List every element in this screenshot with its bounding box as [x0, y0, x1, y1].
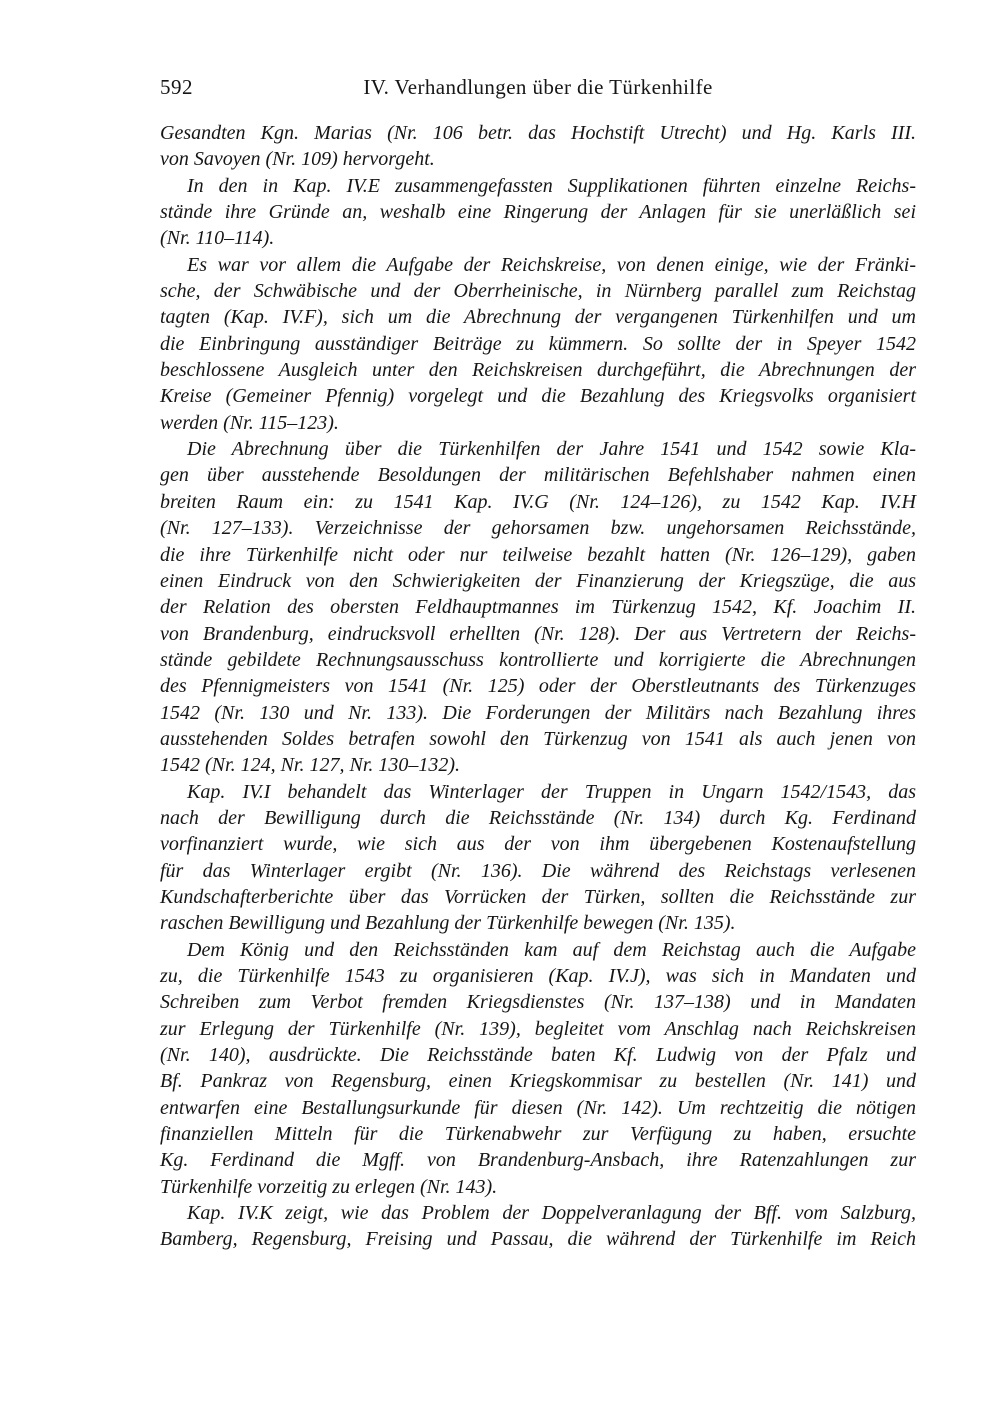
text-line: für das Winterlager ergibt (Nr. 136). Di… — [160, 858, 916, 884]
text-line: Kap. IV.I behandelt das Winterlager der … — [160, 779, 916, 805]
text-line: sche, der Schwäbische und der Oberrheini… — [160, 278, 916, 304]
text-line: des Pfennigmeisters von 1541 (Nr. 125) o… — [160, 673, 916, 699]
text-line: 1542 (Nr. 130 und Nr. 133). Die Forderun… — [160, 700, 916, 726]
text-line: Es war vor allem die Aufgabe der Reichsk… — [160, 252, 916, 278]
text-line: von Savoyen (Nr. 109) hervorgeht. — [160, 146, 916, 172]
text-line: Kg. Ferdinand die Mgff. von Brandenburg-… — [160, 1147, 916, 1173]
text-line: breiten Raum ein: zu 1541 Kap. IV.G (Nr.… — [160, 489, 916, 515]
page-header: 592 IV. Verhandlungen über die Türkenhil… — [160, 74, 916, 102]
text-line: zu, die Türkenhilfe 1543 zu organisieren… — [160, 963, 916, 989]
text-line: Kundschafterberichte über das Vorrücken … — [160, 884, 916, 910]
text-line: nach der Bewilligung durch die Reichsstä… — [160, 805, 916, 831]
book-page: 592 IV. Verhandlungen über die Türkenhil… — [0, 0, 1004, 1418]
text-line: ausstehenden Soldes betrafen sowohl den … — [160, 726, 916, 752]
text-line: finanziellen Mitteln für die Türkenabweh… — [160, 1121, 916, 1147]
text-line: gen über ausstehende Besoldungen der mil… — [160, 462, 916, 488]
text-line: raschen Bewilligung und Bezahlung der Tü… — [160, 910, 916, 936]
text-line: Bamberg, Regensburg, Freising und Passau… — [160, 1226, 916, 1252]
page-number: 592 — [160, 74, 193, 101]
text-line: die ihre Türkenhilfe nicht oder nur teil… — [160, 542, 916, 568]
text-line: stände ihre Gründe an, weshalb eine Ring… — [160, 199, 916, 225]
running-header: IV. Verhandlungen über die Türkenhilfe — [160, 74, 916, 101]
text-line: Kap. IV.K zeigt, wie das Problem der Dop… — [160, 1200, 916, 1226]
text-line: werden (Nr. 115–123). — [160, 410, 916, 436]
text-line: zur Erlegung der Türkenhilfe (Nr. 139), … — [160, 1016, 916, 1042]
text-line: tagten (Kap. IV.F), sich um die Abrechnu… — [160, 304, 916, 330]
text-line: (Nr. 110–114). — [160, 225, 916, 251]
text-line: einen Eindruck von den Schwierigkeiten d… — [160, 568, 916, 594]
text-line: Die Abrechnung über die Türkenhilfen der… — [160, 436, 916, 462]
text-line: (Nr. 140), ausdrückte. Die Reichsstände … — [160, 1042, 916, 1068]
text-line: die Einbringung ausständiger Beiträge zu… — [160, 331, 916, 357]
text-line: 1542 (Nr. 124, Nr. 127, Nr. 130–132). — [160, 752, 916, 778]
text-line: Kreise (Gemeiner Pfennig) vorgelegt und … — [160, 383, 916, 409]
page-body-text: Gesandten Kgn. Marias (Nr. 106 betr. das… — [160, 120, 916, 1253]
text-line: der Relation des obersten Feldhauptmanne… — [160, 594, 916, 620]
text-line: Bf. Pankraz von Regensburg, einen Kriegs… — [160, 1068, 916, 1094]
text-line: beschlossene Ausgleich unter den Reichsk… — [160, 357, 916, 383]
text-line: (Nr. 127–133). Verzeichnisse der gehorsa… — [160, 515, 916, 541]
text-line: In den in Kap. IV.E zusammengefassten Su… — [160, 173, 916, 199]
text-line: von Brandenburg, eindrucksvoll erhellten… — [160, 621, 916, 647]
text-line: entwarfen eine Bestallungsurkunde für di… — [160, 1095, 916, 1121]
text-line: Gesandten Kgn. Marias (Nr. 106 betr. das… — [160, 120, 916, 146]
text-line: Dem König und den Reichsständen kam auf … — [160, 937, 916, 963]
text-line: stände gebildete Rechnungsausschuss kont… — [160, 647, 916, 673]
text-line: Türkenhilfe vorzeitig zu erlegen (Nr. 14… — [160, 1174, 916, 1200]
text-line: vorfinanziert wurde, wie sich aus der vo… — [160, 831, 916, 857]
text-line: Schreiben zum Verbot fremden Kriegsdiens… — [160, 989, 916, 1015]
